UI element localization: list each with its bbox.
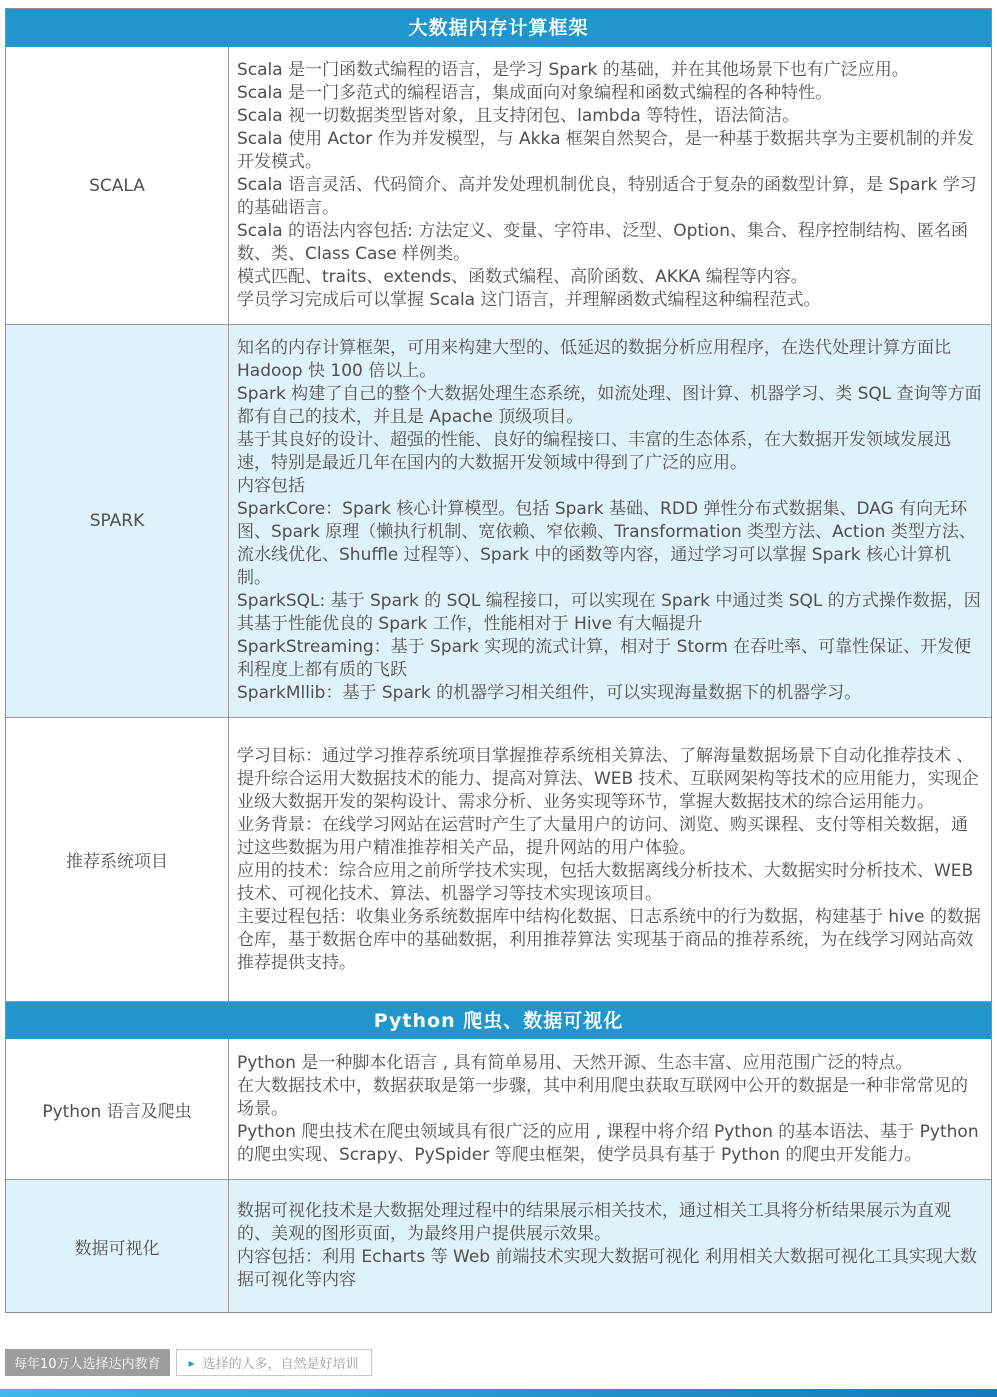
row-content: 知名的内存计算框架，可用来构建大型的、低延迟的数据分析应用程序，在迭代处理计算方… <box>229 325 991 717</box>
table-row: SCALAScala 是一门函数式编程的语言，是学习 Spark 的基础，并在其… <box>6 47 991 324</box>
table-row: 数据可视化数据可视化技术是大数据处理过程中的结果展示相关技术，通过相关工具将分析… <box>6 1179 991 1312</box>
paragraph: Scala 使用 Actor 作为并发模型，与 Akka 框架自然契合，是一种基… <box>237 128 983 174</box>
row-label: SCALA <box>6 47 229 324</box>
table-row: 推荐系统项目学习目标：通过学习推荐系统项目掌握推荐系统相关算法、了解海量数据场景… <box>6 717 991 1001</box>
footer-slogan-box: ▸ 选择的人多，自然是好培训 <box>176 1349 372 1376</box>
row-label: 推荐系统项目 <box>6 718 229 1001</box>
paragraph: SparkCore：Spark 核心计算模型。包括 Spark 基础、RDD 弹… <box>237 498 983 590</box>
paragraph: 在大数据技术中，数据获取是第一步骤，其中利用爬虫获取互联网中公开的数据是一种非常… <box>237 1075 983 1121</box>
section-header: Python 爬虫、数据可视化 <box>6 1001 991 1039</box>
row-label: SPARK <box>6 325 229 717</box>
paragraph: 内容包括：利用 Echarts 等 Web 前端技术实现大数据可视化 利用相关大… <box>237 1246 983 1292</box>
paragraph: Python 爬虫技术在爬虫领域具有很广泛的应用 , 课程中将介绍 Python… <box>237 1121 983 1167</box>
footer: 每年10万人选择达内教育 ▸ 选择的人多，自然是好培训 <box>5 1349 997 1376</box>
table-row: SPARK知名的内存计算框架，可用来构建大型的、低延迟的数据分析应用程序，在迭代… <box>6 324 991 717</box>
paragraph: 学习目标：通过学习推荐系统项目掌握推荐系统相关算法、了解海量数据场景下自动化推荐… <box>237 745 983 814</box>
paragraph: SparkSQL: 基于 Spark 的 SQL 编程接口，可以实现在 Spar… <box>237 590 983 636</box>
row-label: 数据可视化 <box>6 1180 229 1312</box>
footer-badge: 每年10万人选择达内教育 <box>5 1349 170 1376</box>
paragraph: 学员学习完成后可以掌握 Scala 这门语言，并理解函数式编程这种编程范式。 <box>237 289 983 312</box>
paragraph: SparkStreaming：基于 Spark 实现的流式计算，相对于 Stor… <box>237 636 983 682</box>
row-content: Scala 是一门函数式编程的语言，是学习 Spark 的基础，并在其他场景下也… <box>229 47 991 324</box>
paragraph: 模式匹配、traits、extends、函数式编程、高阶函数、AKKA 编程等内… <box>237 266 983 289</box>
paragraph: SparkMllib：基于 Spark 的机器学习相关组件，可以实现海量数据下的… <box>237 682 983 705</box>
row-content: 数据可视化技术是大数据处理过程中的结果展示相关技术，通过相关工具将分析结果展示为… <box>229 1180 991 1312</box>
section-header: 大数据内存计算框架 <box>6 9 991 47</box>
bottom-bar <box>0 1389 997 1397</box>
paragraph: Scala 是一门多范式的编程语言，集成面向对象编程和函数式编程的各种特性。 <box>237 82 983 105</box>
paragraph: 业务背景：在线学习网站在运营时产生了大量用户的访问、浏览、购买课程、支付等相关数… <box>237 814 983 860</box>
paragraph: 内容包括 <box>237 475 983 498</box>
paragraph: 基于其良好的设计、超强的性能、良好的编程接口、丰富的生态体系，在大数据开发领域发… <box>237 429 983 475</box>
paragraph: Scala 视一切数据类型皆对象，且支持闭包、lambda 等特性，语法简洁。 <box>237 105 983 128</box>
row-label: Python 语言及爬虫 <box>6 1039 229 1179</box>
play-arrow-icon: ▸ <box>189 1356 195 1370</box>
paragraph: Scala 是一门函数式编程的语言，是学习 Spark 的基础，并在其他场景下也… <box>237 59 983 82</box>
paragraph: Scala 的语法内容包括: 方法定义、变量、字符串、泛型、Option、集合、… <box>237 220 983 266</box>
course-table: 大数据内存计算框架SCALAScala 是一门函数式编程的语言，是学习 Spar… <box>5 8 992 1313</box>
paragraph: 主要过程包括：收集业务系统数据库中结构化数据、日志系统中的行为数据，构建基于 h… <box>237 906 983 975</box>
paragraph: 数据可视化技术是大数据处理过程中的结果展示相关技术，通过相关工具将分析结果展示为… <box>237 1200 983 1246</box>
paragraph: Spark 构建了自己的整个大数据处理生态系统，如流处理、图计算、机器学习、类 … <box>237 383 983 429</box>
paragraph: Scala 语言灵活、代码简介、高并发处理机制优良，特别适合于复杂的函数型计算，… <box>237 174 983 220</box>
table-row: Python 语言及爬虫Python 是一种脚本化语言 , 具有简单易用、天然开… <box>6 1039 991 1179</box>
footer-slogan: 选择的人多，自然是好培训 <box>203 1353 359 1372</box>
paragraph: 应用的技术：综合应用之前所学技术实现，包括大数据离线分析技术、大数据实时分析技术… <box>237 860 983 906</box>
row-content: Python 是一种脚本化语言 , 具有简单易用、天然开源、生态丰富、应用范围广… <box>229 1039 991 1179</box>
paragraph: Python 是一种脚本化语言 , 具有简单易用、天然开源、生态丰富、应用范围广… <box>237 1052 983 1075</box>
paragraph: 知名的内存计算框架，可用来构建大型的、低延迟的数据分析应用程序，在迭代处理计算方… <box>237 337 983 383</box>
row-content: 学习目标：通过学习推荐系统项目掌握推荐系统相关算法、了解海量数据场景下自动化推荐… <box>229 718 991 1001</box>
